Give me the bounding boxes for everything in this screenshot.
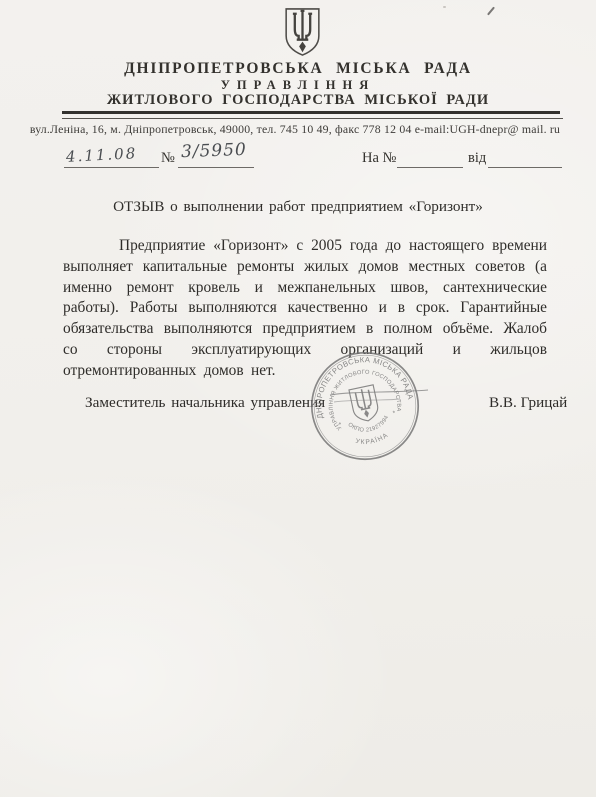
- scan-artifact-dot: [443, 6, 446, 8]
- org-address-line: вул.Леніна, 16, м. Дніпропетровськ, 4900…: [0, 122, 590, 137]
- reply-date-blank-line: [488, 167, 562, 168]
- scanned-letter-page: ДНІПРОПЕТРОВСЬКА МІСЬКА РАДА УПРАВЛІННЯ …: [0, 0, 596, 797]
- stamp-country-text: УКРАЇНА: [354, 431, 391, 449]
- handwritten-outgoing-number: 3/5950: [181, 140, 247, 162]
- reply-number-blank-line: [397, 167, 463, 168]
- stamp-center-shield-icon: [349, 385, 380, 424]
- stamp-left-star: *: [338, 421, 342, 428]
- org-name-line2: УПРАВЛІННЯ: [0, 78, 596, 93]
- number-blank-line: [178, 167, 254, 168]
- svg-text:УКРАЇНА: УКРАЇНА: [354, 431, 391, 449]
- number-sign-label: №: [161, 150, 175, 167]
- handwritten-date: 4.11.08: [66, 144, 138, 166]
- reply-to-number-label: На №: [362, 150, 396, 167]
- signatory-name: В.В. Грицай: [489, 394, 567, 412]
- header-rule-thick: [62, 111, 560, 114]
- org-name-line1: ДНІПРОПЕТРОВСЬКА МІСЬКА РАДА: [0, 60, 596, 78]
- signatory-position: Заместитель начальника управления: [85, 394, 325, 412]
- reply-date-label: від: [468, 150, 486, 167]
- scan-artifact-mark: [487, 7, 495, 16]
- document-title: ОТЗЫВ о выполнении работ предприятием «Г…: [0, 198, 596, 216]
- header-rule-thin: [62, 118, 563, 119]
- tryzub-emblem-icon: [283, 7, 322, 57]
- org-name-line3: ЖИТЛОВОГО ГОСПОДАРСТВА МІСЬКОЇ РАДИ: [0, 92, 596, 109]
- date-blank-line: [64, 167, 159, 168]
- round-official-stamp: ДНІПРОПЕТРОВСЬКА МІСЬКА РАДА УПРАВЛІННЯ …: [297, 338, 432, 473]
